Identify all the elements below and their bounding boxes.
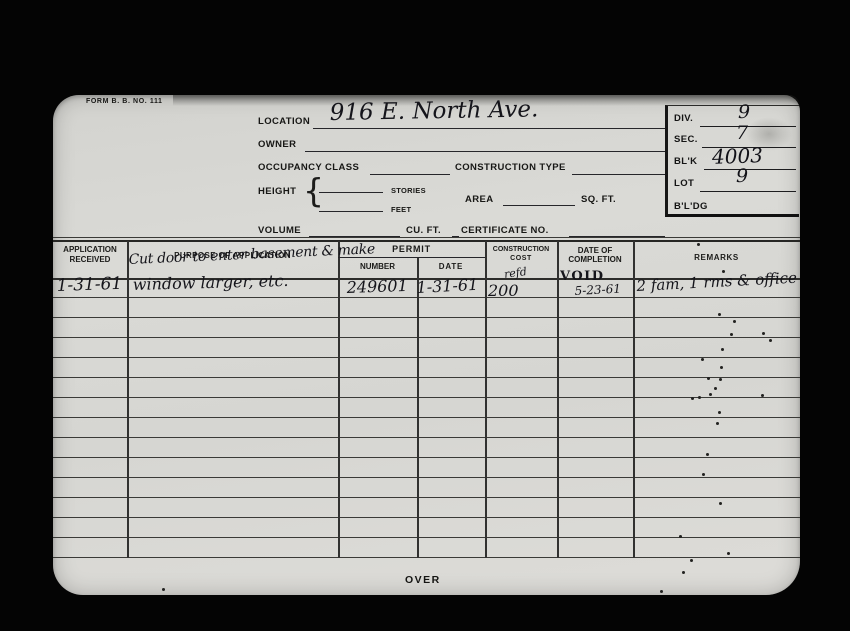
- table-row-line: [53, 497, 800, 498]
- col-header-cost: COST: [485, 255, 557, 262]
- over-label: OVER: [405, 574, 441, 586]
- col-header-date-of: DATE OF: [557, 246, 633, 255]
- volume-label: VOLUME: [258, 225, 301, 236]
- cell-remarks: 2 fam, 1 rms & office: [636, 269, 797, 295]
- area-label: AREA: [465, 194, 494, 205]
- div-value: 9: [738, 101, 750, 123]
- divider-number-date: [417, 258, 419, 558]
- col-header-permit-date: DATE: [417, 262, 485, 271]
- col-header-application-line2: RECEIVED: [53, 255, 127, 264]
- divider-received-purpose: [127, 241, 129, 558]
- table-row-line: [53, 297, 800, 298]
- permit-record-card: FORM B. B. NO. 111 LOCATION 916 E. North…: [53, 95, 800, 595]
- owner-underline: [305, 151, 665, 152]
- cell-received: 1-31-61: [56, 274, 122, 296]
- parcel-info-box: DIV. 9 SEC. 7 BL'K 4003 LOT 9 B'L'DG: [665, 105, 799, 217]
- construction-type-label: CONSTRUCTION TYPE: [455, 162, 566, 173]
- table-row-line: [53, 437, 800, 438]
- occupancy-class-underline: [370, 174, 450, 175]
- table-row-line: [53, 457, 800, 458]
- table-row-line: [53, 377, 800, 378]
- stories-label: STORIES: [391, 186, 426, 195]
- height-label: HEIGHT: [258, 186, 296, 197]
- parcel-row-blk: BL'K 4003: [668, 149, 799, 170]
- table-row-line: [53, 417, 800, 418]
- scan-specks: [53, 95, 56, 98]
- height-stories-underline: [319, 192, 383, 193]
- form-number: FORM B. B. NO. 111: [86, 98, 163, 105]
- construction-type-underline: [572, 174, 665, 175]
- location-label: LOCATION: [258, 116, 310, 127]
- col-header-completion: COMPLETION: [557, 255, 633, 264]
- col-header-construction: CONSTRUCTION: [485, 246, 557, 253]
- location-underline: [313, 128, 665, 129]
- parcel-row-lot: LOT 9: [668, 171, 799, 192]
- height-feet-underline: [319, 211, 383, 212]
- table-top-rule-thin: [53, 237, 800, 238]
- table-row-line: [53, 557, 800, 558]
- parcel-row-div: DIV. 9: [668, 106, 799, 127]
- table-row-line: [53, 537, 800, 538]
- table-row-line: [53, 317, 800, 318]
- lot-underline: [700, 191, 796, 192]
- cell-construction-cost: 200: [488, 281, 519, 300]
- lot-value: 9: [736, 165, 748, 187]
- divider-permit-cost: [485, 241, 487, 558]
- cell-permit-number: 249601: [346, 276, 408, 297]
- parcel-row-bldg: B'L'DG: [668, 194, 799, 215]
- blk-label: BL'K: [674, 156, 697, 167]
- cell-completion-date: 5-23-61: [574, 282, 621, 298]
- blk-underline: [704, 169, 796, 170]
- table-row-line: [53, 477, 800, 478]
- table-row-line: [53, 357, 800, 358]
- cell-purpose-line2: window larger, etc.: [133, 271, 289, 294]
- location-value: 916 E. North Ave.: [330, 96, 539, 126]
- col-header-remarks: REMARKS: [633, 253, 800, 262]
- bldg-label: B'L'DG: [674, 201, 708, 212]
- owner-label: OWNER: [258, 139, 296, 150]
- col-header-application-line1: APPLICATION: [53, 245, 127, 254]
- brace-glyph: {: [303, 171, 324, 210]
- area-underline: [503, 205, 575, 206]
- cell-permit-date: 1-31-61: [416, 275, 479, 297]
- divider-cost-completion: [557, 241, 559, 558]
- cuft-label: CU. FT.: [406, 225, 441, 236]
- col-header-permit-number: NUMBER: [338, 262, 417, 271]
- sec-value: 7: [736, 122, 748, 144]
- table-top-rule-thick: [53, 240, 800, 242]
- lot-label: LOT: [674, 178, 694, 189]
- divider-completion-remarks: [633, 241, 635, 558]
- divider-purpose-permit: [338, 241, 340, 558]
- table-row-line: [53, 337, 800, 338]
- div-label: DIV.: [674, 113, 693, 124]
- sec-label: SEC.: [674, 134, 698, 145]
- feet-label: FEET: [391, 205, 411, 214]
- table-row-line: [53, 397, 800, 398]
- table-row-line: [53, 517, 800, 518]
- sqft-label: SQ. FT.: [581, 194, 616, 205]
- certificate-label: CERTIFICATE NO.: [461, 225, 549, 236]
